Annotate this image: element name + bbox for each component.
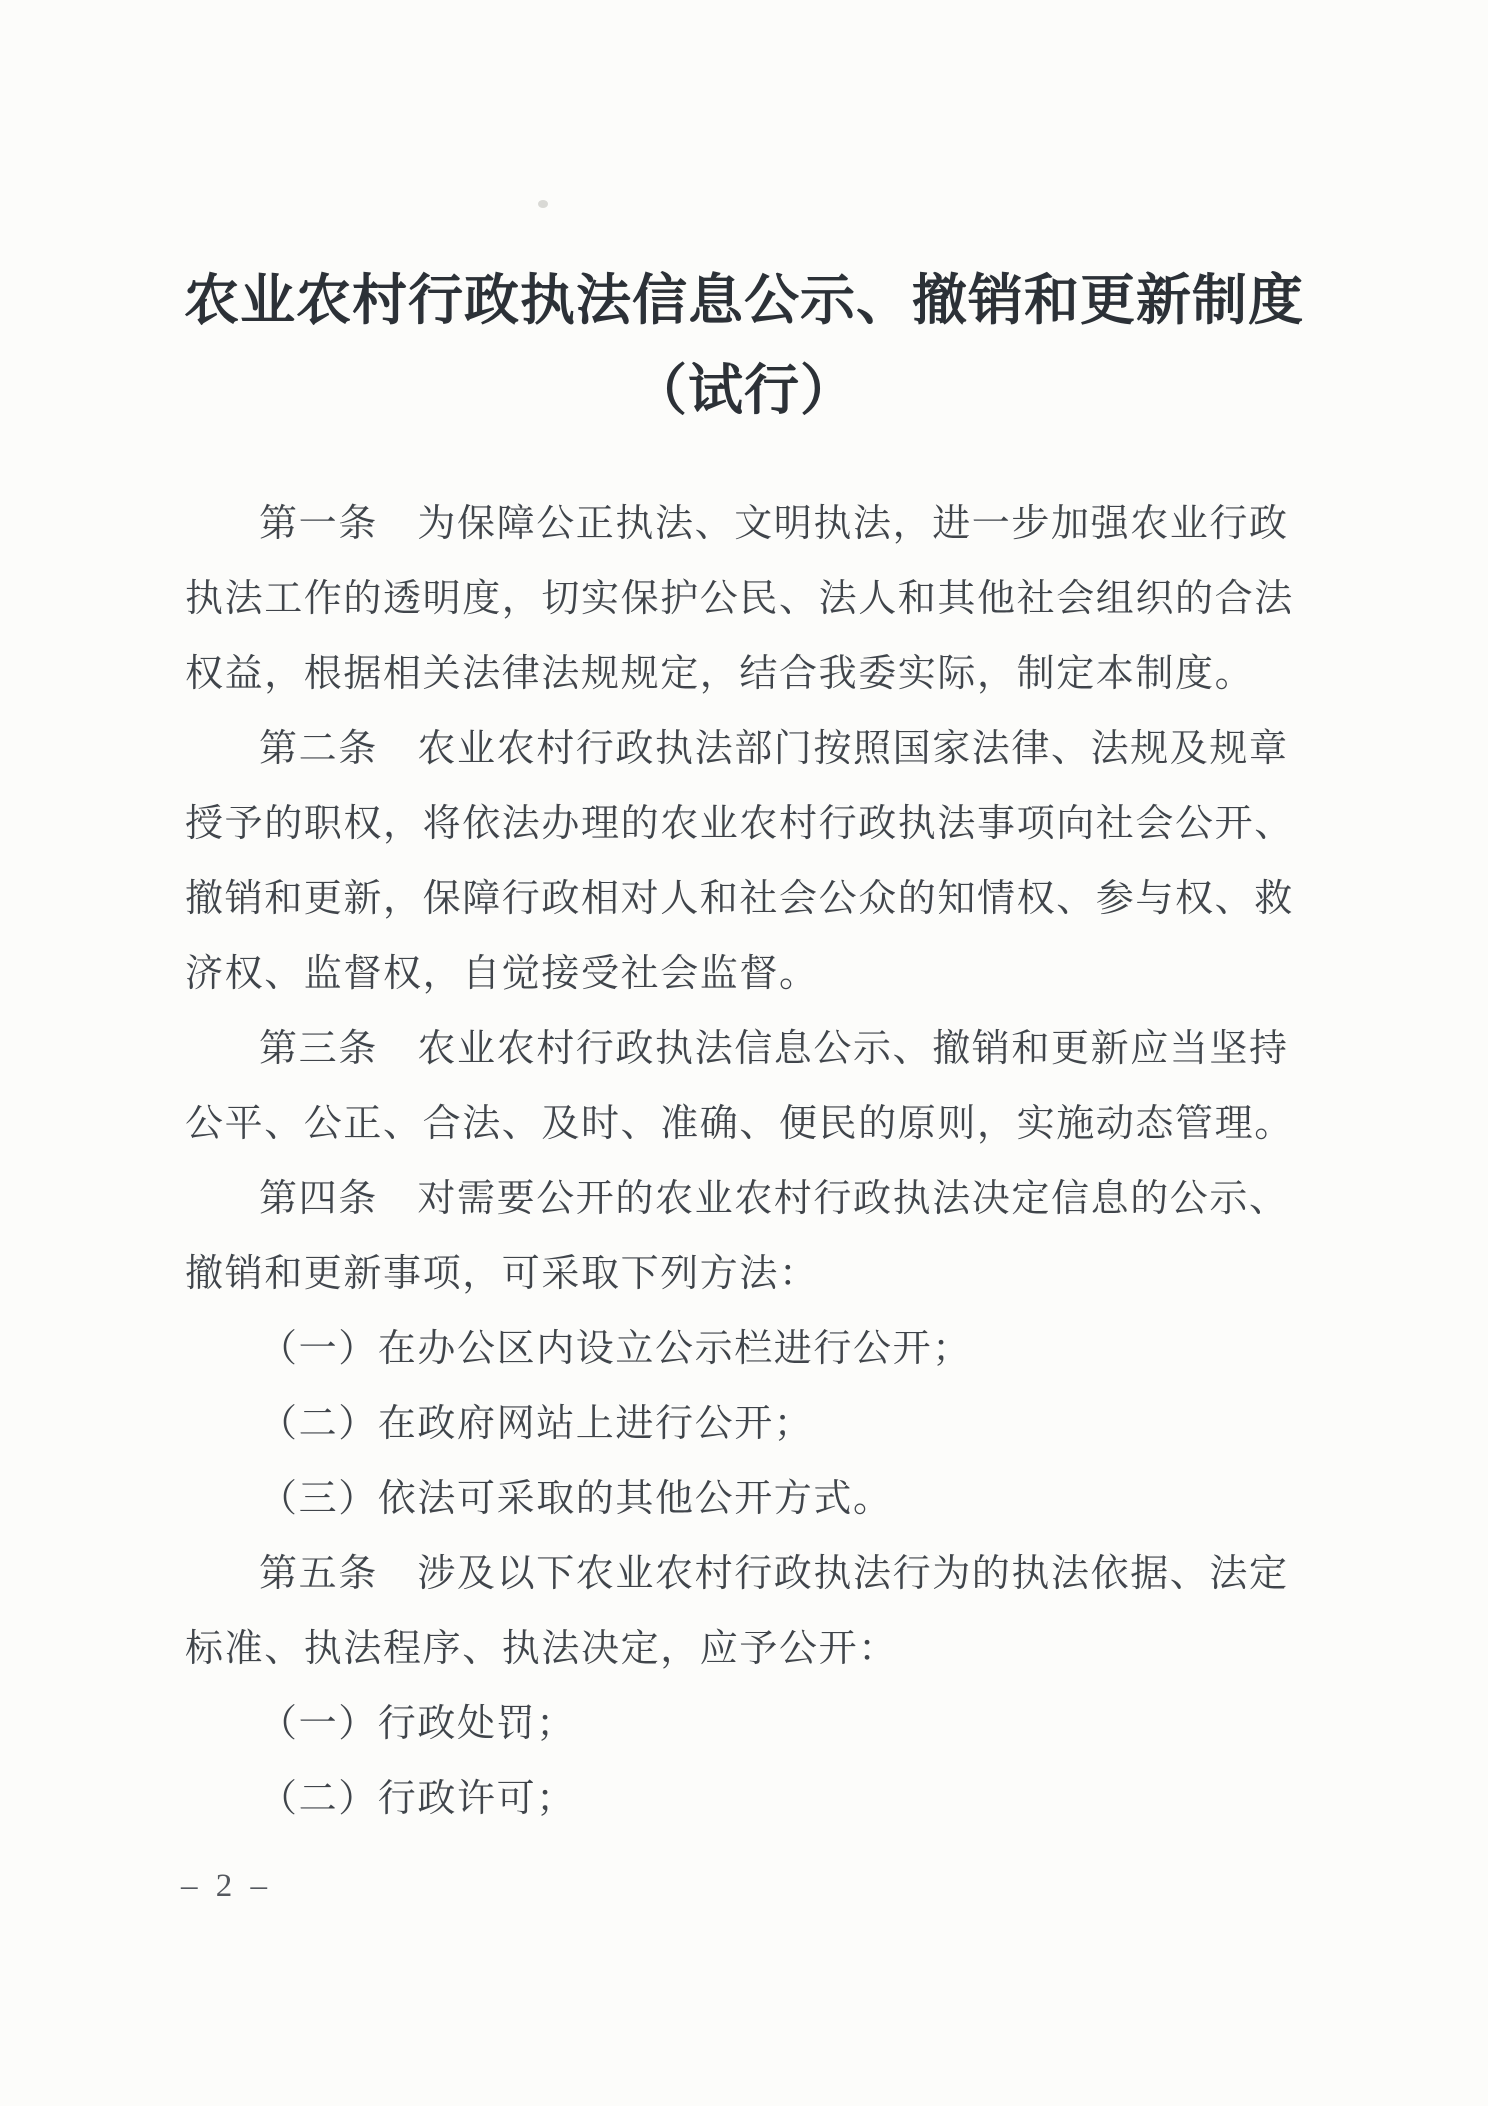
- paragraph-line: 第五条 涉及以下农业农村行政执法行为的执法依据、法定: [185, 1537, 1315, 1612]
- paragraph-line: 执法工作的透明度，切实保护公民、法人和其他社会组织的合法: [185, 562, 1315, 637]
- document-title: 农业农村行政执法信息公示、撤销和更新制度 （试行）: [0, 256, 1488, 436]
- list-item-line: （二）在政府网站上进行公开；: [185, 1387, 1315, 1462]
- paragraph-line: 撤销和更新事项，可采取下列方法：: [185, 1237, 1315, 1312]
- paragraph-line: 权益，根据相关法律法规规定，结合我委实际，制定本制度。: [185, 637, 1315, 712]
- paragraph-line: 第一条 为保障公正执法、文明执法，进一步加强农业行政: [185, 487, 1315, 562]
- paragraph-line: 授予的职权，将依法办理的农业农村行政执法事项向社会公开、: [185, 787, 1315, 862]
- paragraph-line: 第三条 农业农村行政执法信息公示、撤销和更新应当坚持: [185, 1012, 1315, 1087]
- document-body: 第一条 为保障公正执法、文明执法，进一步加强农业行政执法工作的透明度，切实保护公…: [185, 487, 1315, 1837]
- document-title-line-2: （试行）: [0, 346, 1488, 436]
- document-title-line-1: 农业农村行政执法信息公示、撤销和更新制度: [0, 256, 1488, 346]
- list-item-line: （二）行政许可；: [185, 1762, 1315, 1837]
- paragraph-line: 公平、公正、合法、及时、准确、便民的原则，实施动态管理。: [185, 1087, 1315, 1162]
- paragraph-line: 第二条 农业农村行政执法部门按照国家法律、法规及规章: [185, 712, 1315, 787]
- list-item-line: （一）行政处罚；: [185, 1687, 1315, 1762]
- paragraph-line: 标准、执法程序、执法决定，应予公开：: [185, 1612, 1315, 1687]
- list-item-line: （一）在办公区内设立公示栏进行公开；: [185, 1312, 1315, 1387]
- paragraph-line: 第四条 对需要公开的农业农村行政执法决定信息的公示、: [185, 1162, 1315, 1237]
- scanned-document-page: 农业农村行政执法信息公示、撤销和更新制度 （试行） 第一条 为保障公正执法、文明…: [0, 0, 1488, 2106]
- scan-artifact: [538, 200, 548, 208]
- paragraph-line: 济权、监督权，自觉接受社会监督。: [185, 937, 1315, 1012]
- page-number: – 2 –: [181, 1868, 272, 1904]
- list-item-line: （三）依法可采取的其他公开方式。: [185, 1462, 1315, 1537]
- paragraph-line: 撤销和更新，保障行政相对人和社会公众的知情权、参与权、救: [185, 862, 1315, 937]
